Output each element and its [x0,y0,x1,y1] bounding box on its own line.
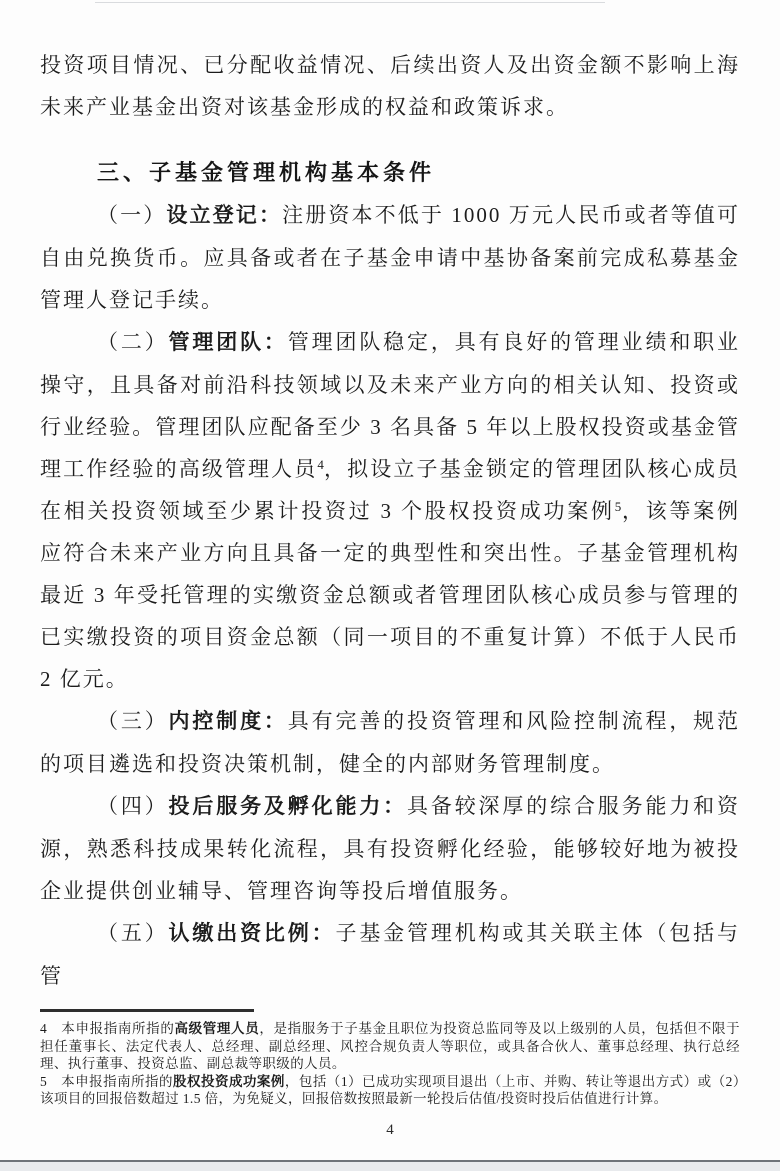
clause-2: （二）管理团队：管理团队稳定，具有良好的管理业绩和职业操守，且具备对前沿科技领域… [40,321,740,700]
clause-1-index: （一） [97,203,166,227]
intro-paragraph: 投资项目情况、已分配收益情况、后续出资人及出资金额不影响上海未来产业基金出资对该… [40,44,740,128]
footnote-divider [40,1009,254,1012]
clause-3-term: 内控制度： [169,710,288,733]
footnote-5: 5 本申报指南所指的股权投资成功案例，包括（1）已成功实现项目退出（上市、并购、… [40,1073,740,1108]
clause-4-term: 投后服务及孵化能力： [169,795,407,818]
clause-3: （三）内控制度：具有完善的投资管理和风险控制流程，规范的项目遴选和投资决策机制，… [40,700,740,785]
clause-2-term: 管理团队： [169,331,288,354]
footnote-5-marker: 5 [40,1074,47,1089]
clause-2-index: （二） [97,330,169,354]
scan-edge-bottom [0,1160,780,1171]
clause-4: （四）投后服务及孵化能力：具备较深厚的综合服务能力和资源，熟悉科技成果转化流程，… [40,785,740,912]
footnote-4: 4 本申报指南所指的高级管理人员，是指服务于子基金且职位为投资总监同等及以上级别… [40,1020,740,1073]
footnote-4-prefix: 本申报指南所指的 [61,1021,174,1036]
footnotes-section: 4 本申报指南所指的高级管理人员，是指服务于子基金且职位为投资总监同等及以上级别… [40,1009,740,1108]
scanned-document-page: 投资项目情况、已分配收益情况、后续出资人及出资金额不影响上海未来产业基金出资对该… [0,0,780,1171]
clause-5: （五）认缴出资比例：子基金管理机构或其关联主体（包括与管 [40,912,740,997]
clause-3-index: （三） [97,709,169,733]
clause-1: （一）设立登记：注册资本不低于 1000 万元人民币或者等值可自由兑换货币。应具… [40,194,740,321]
clause-5-index: （五） [97,921,169,945]
footnote-5-prefix: 本申报指南所指的 [61,1074,173,1089]
clause-4-index: （四） [97,794,169,818]
page-number: 4 [40,1122,740,1139]
scan-edge-top [95,2,605,3]
clause-2-body-part3: ，该等案例应符合未来产业方向且具备一定的典型性和突出性。子基金管理机构最近 3 … [40,499,740,691]
section-heading: 三、子基金管理机构基本条件 [97,152,740,194]
clause-1-term: 设立登记： [166,204,282,227]
footnote-4-term: 高级管理人员 [174,1021,259,1036]
footnote-4-marker: 4 [40,1021,47,1036]
page-content: 投资项目情况、已分配收益情况、后续出资人及出资金额不影响上海未来产业基金出资对该… [40,44,740,1139]
footnote-5-term: 股权投资成功案例 [173,1074,285,1089]
clause-5-term: 认缴出资比例： [169,922,336,945]
